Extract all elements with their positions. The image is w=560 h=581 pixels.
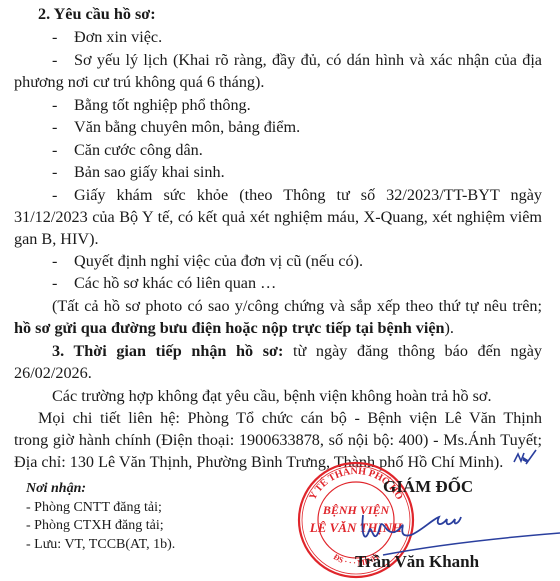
initials-mark-icon [512,448,538,468]
dash: - [52,50,74,70]
note-line: hồ sơ gửi qua đường bưu điện hoặc nộp tr… [14,318,542,338]
contact-line: Mọi chi tiết liên hệ: Phòng Tổ chức cán … [38,408,542,428]
list-item-text: Bằng tốt nghiệp phổ thông. [74,96,251,114]
list-item-continuation: phương nơi cư trú không quá 6 tháng). [14,72,542,92]
list-item-continuation: 31/12/2023 của Bộ Y tế, có kết quả xét n… [14,207,542,227]
list-item: -Giấy khám sức khỏe (theo Thông tư số 32… [52,185,542,205]
recipient-item: - Phòng CTXH đăng tải; [26,517,175,536]
list-item-text: Văn bằng chuyên môn, bảng điểm. [74,118,300,136]
deadline-date: 26/02/2026. [14,363,542,383]
recipient-item: - Lưu: VT, TCCB(AT, 1b). [26,536,175,555]
list-item: -Đơn xin việc. [52,27,542,47]
list-item: -Bằng tốt nghiệp phổ thông. [52,95,542,115]
dash: - [52,162,74,182]
note-line: (Tất cả hồ sơ photo có sao y/công chứng … [52,296,542,316]
recipient-item: - Phòng CNTT đăng tải; [26,499,175,518]
list-item-text: Giấy khám sức khỏe (theo Thông tư số 32/… [74,186,542,204]
contact-line: trong giờ hành chính (Điện thoại: 190063… [14,430,542,450]
no-return-note: Các trường hợp không đạt yêu cầu, bệnh v… [52,386,542,406]
list-item: -Văn bằng chuyên môn, bảng điểm. [52,117,542,137]
list-item-text: Căn cước công dân. [74,141,203,159]
list-item-text: Sơ yếu lý lịch (Khai rõ ràng, đầy đủ, có… [74,51,542,69]
dash: - [52,27,74,47]
list-item: -Sơ yếu lý lịch (Khai rõ ràng, đầy đủ, c… [52,50,542,70]
address-line: Địa chỉ: 130 Lê Văn Thịnh, Phường Bình T… [14,452,542,472]
list-item: -Bản sao giấy khai sinh. [52,162,542,182]
list-item: -Quyết định nghỉ việc của đơn vị cũ (nếu… [52,251,542,271]
dash: - [52,251,74,271]
recipients-title: Nơi nhận: [26,480,175,499]
section-3-line: 3. Thời gian tiếp nhận hồ sơ: từ ngày đă… [52,341,542,361]
list-item: -Căn cước công dân. [52,140,542,160]
list-item-text: Quyết định nghỉ việc của đơn vị cũ (nếu … [74,252,363,270]
note-end: ). [445,319,454,337]
dash: - [52,140,74,160]
section-2-heading: 2. Yêu cầu hồ sơ: [38,4,542,24]
signer-title: GIÁM ĐỐC [383,477,473,497]
signer-name: Trần Văn Khanh [355,552,479,572]
recipients-block: Nơi nhận: - Phòng CNTT đăng tải; - Phòng… [26,480,175,554]
dash: - [52,95,74,115]
section-3-heading: 3. Thời gian tiếp nhận hồ sơ: [52,342,283,360]
list-item-continuation: gan B, HIV). [14,229,542,249]
list-item-text: Bản sao giấy khai sinh. [74,163,225,181]
dash: - [52,117,74,137]
dash: - [52,273,74,293]
dash: - [52,185,74,205]
list-item-text: Đơn xin việc. [74,28,162,46]
section-3-text: từ ngày đăng thông báo đến ngày [283,342,542,360]
list-item: -Các hồ sơ khác có liên quan … [52,273,542,293]
note-bold-text: hồ sơ gửi qua đường bưu điện hoặc nộp tr… [14,319,445,337]
list-item-text: Các hồ sơ khác có liên quan … [74,274,276,292]
